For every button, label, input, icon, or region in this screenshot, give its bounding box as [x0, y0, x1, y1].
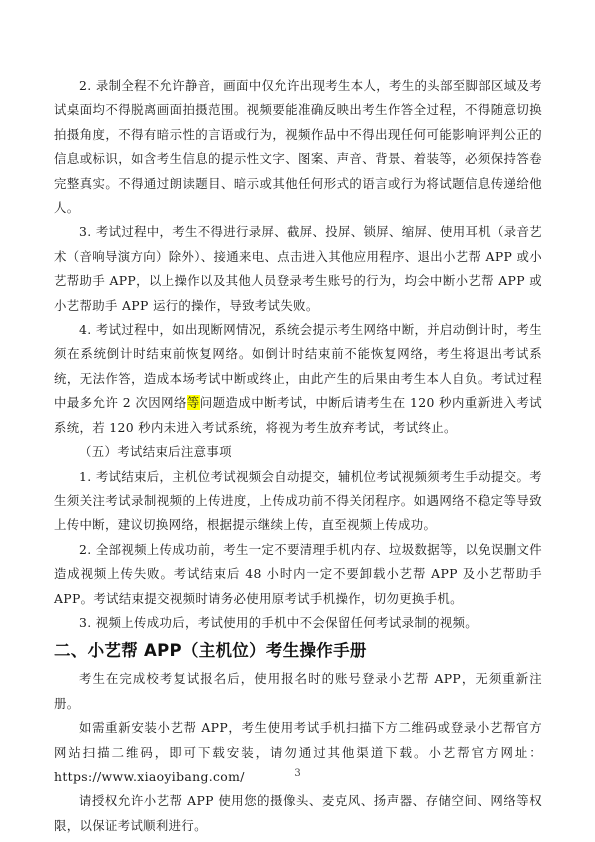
paragraph-after-exam-2: 2. 全部视频上传成功前，考生一定不要清理手机内存、垃圾数据等，以免误删文件造成… — [54, 538, 542, 611]
paragraph-rule-2: 2. 录制全程不允许静音，画面中仅允许出现考生本人，考生的头部至脚部区域及考试桌… — [54, 74, 542, 220]
highlighted-text: 等 — [187, 395, 200, 410]
paragraph-rule-4: 4. 考试过程中，如出现断网情况，系统会提示考生网络中断，并启动倒计时，考生须在… — [54, 318, 542, 440]
paragraph-after-exam-1: 1. 考试结束后，主机位考试视频会自动提交，辅机位考试视频须考生手动提交。考生须… — [54, 465, 542, 538]
paragraph-after-exam-3: 3. 视频上传成功后，考试使用的手机中不会保留任何考试录制的视频。 — [54, 611, 542, 635]
paragraph-rule-3: 3. 考试过程中，考生不得进行录屏、截屏、投屏、锁屏、缩屏、使用耳机（录音艺术（… — [54, 220, 542, 318]
page-number: 3 — [0, 768, 595, 779]
manual-paragraph-permissions: 请授权允许小艺帮 APP 使用您的摄像头、麦克风、扬声器、存储空间、网络等权限，… — [54, 789, 542, 838]
section-heading-5: （五）考试结束后注意事项 — [54, 440, 542, 464]
document-page: 2. 录制全程不允许静音，画面中仅允许出现考生本人，考生的头部至脚部区域及考试桌… — [0, 0, 595, 842]
page-content: 2. 录制全程不允许静音，画面中仅允许出现考生本人，考生的头部至脚部区域及考试桌… — [54, 74, 542, 838]
manual-paragraph-login: 考生在完成校考复试报名后，使用报名时的账号登录小艺帮 APP，无须重新注册。 — [54, 667, 542, 716]
section-heading-2: 二、小艺帮 APP（主机位）考生操作手册 — [54, 636, 542, 666]
